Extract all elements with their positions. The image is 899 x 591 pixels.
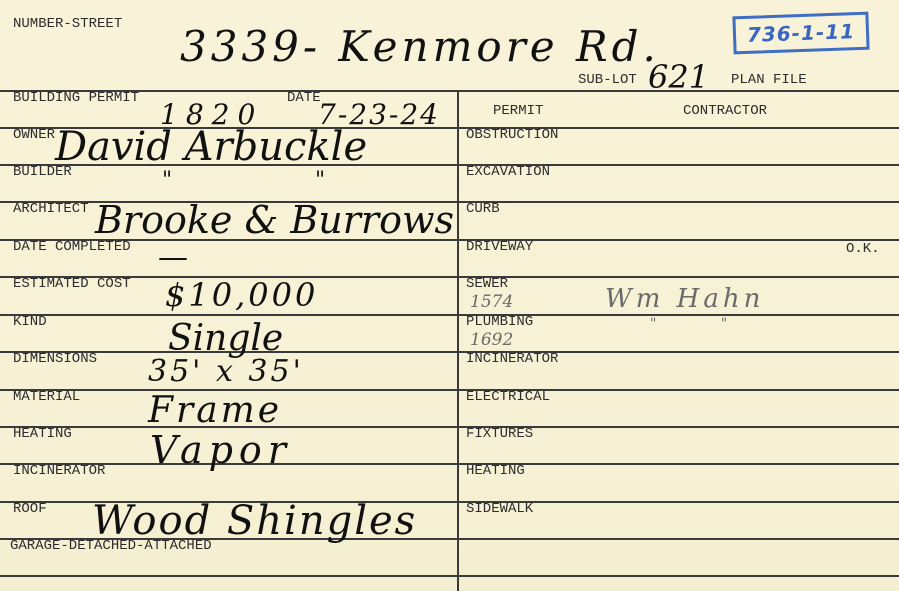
heating-label: HEATING: [13, 426, 72, 442]
permit-row-number: 1574: [470, 292, 513, 312]
number-street-label: NUMBER-STREET: [13, 16, 122, 32]
permit-row-note: O.K.: [846, 241, 880, 257]
file-number-stamp: 736-1-11: [732, 12, 869, 55]
contractor-column-header: CONTRACTOR: [683, 103, 767, 119]
estimated-cost-value: $10,000: [165, 276, 318, 314]
kind-label: KIND: [13, 314, 47, 330]
column-divider: [457, 90, 459, 591]
rule: [0, 276, 899, 278]
permit-row-contractor: " ": [650, 316, 757, 332]
date-label: DATE: [287, 90, 321, 106]
permit-row-label: FIXTURES: [466, 426, 533, 442]
estimated-cost-label: ESTIMATED COST: [13, 276, 131, 292]
sub-lot-label: SUB-LOT: [578, 72, 637, 88]
architect-label: ARCHITECT: [13, 201, 89, 217]
building-permit-label: BUILDING PERMIT: [13, 90, 139, 106]
permit-row-label: PLUMBING: [466, 314, 533, 330]
permit-row-label: ELECTRICAL: [466, 389, 550, 405]
builder-value: ": [162, 168, 172, 193]
dimensions-value: 35' x 35': [148, 354, 304, 389]
permit-row-label: INCINERATOR: [466, 351, 558, 367]
garage-label: GARAGE-DETACHED-ATTACHED: [10, 538, 212, 554]
heating-value: Vapor: [150, 428, 292, 472]
rule: [0, 463, 899, 465]
kind-value: Single: [168, 318, 283, 359]
permit-row-contractor: Wm Hahn: [605, 284, 764, 314]
owner-value: David Arbuckle: [55, 124, 367, 170]
permit-card: NUMBER-STREET 3339- Kenmore Rd. 736-1-11…: [0, 0, 899, 591]
rule: [0, 389, 899, 391]
incinerator-label: INCINERATOR: [13, 463, 105, 479]
material-value: Frame: [148, 390, 282, 431]
permit-row-label: OBSTRUCTION: [466, 127, 558, 143]
permit-row-label: DRIVEWAY: [466, 239, 533, 255]
number-street-value: 3339- Kenmore Rd.: [180, 22, 660, 71]
architect-value: Brooke & Burrows: [95, 198, 454, 242]
rule: [0, 575, 899, 577]
permit-row-label: CURB: [466, 201, 500, 217]
permit-row-label: HEATING: [466, 463, 525, 479]
permit-row-number: 1692: [470, 330, 513, 350]
rule: [0, 351, 899, 353]
permit-column-header: PERMIT: [493, 103, 543, 119]
date-completed-label: DATE COMPLETED: [13, 239, 131, 255]
sub-lot-value: 621: [648, 58, 709, 96]
rule: [0, 426, 899, 428]
roof-label: ROOF: [13, 501, 47, 517]
permit-row-label: SIDEWALK: [466, 501, 533, 517]
permit-row-label: EXCAVATION: [466, 164, 550, 180]
material-label: MATERIAL: [13, 389, 80, 405]
rule: [0, 314, 899, 316]
date-completed-value: —: [158, 240, 188, 275]
plan-file-label: PLAN FILE: [731, 72, 807, 88]
permit-row-label: SEWER: [466, 276, 508, 292]
builder-label: BUILDER: [13, 164, 72, 180]
owner-label: OWNER: [13, 127, 55, 143]
dimensions-label: DIMENSIONS: [13, 351, 97, 367]
builder-value-ditto: ": [315, 168, 325, 193]
